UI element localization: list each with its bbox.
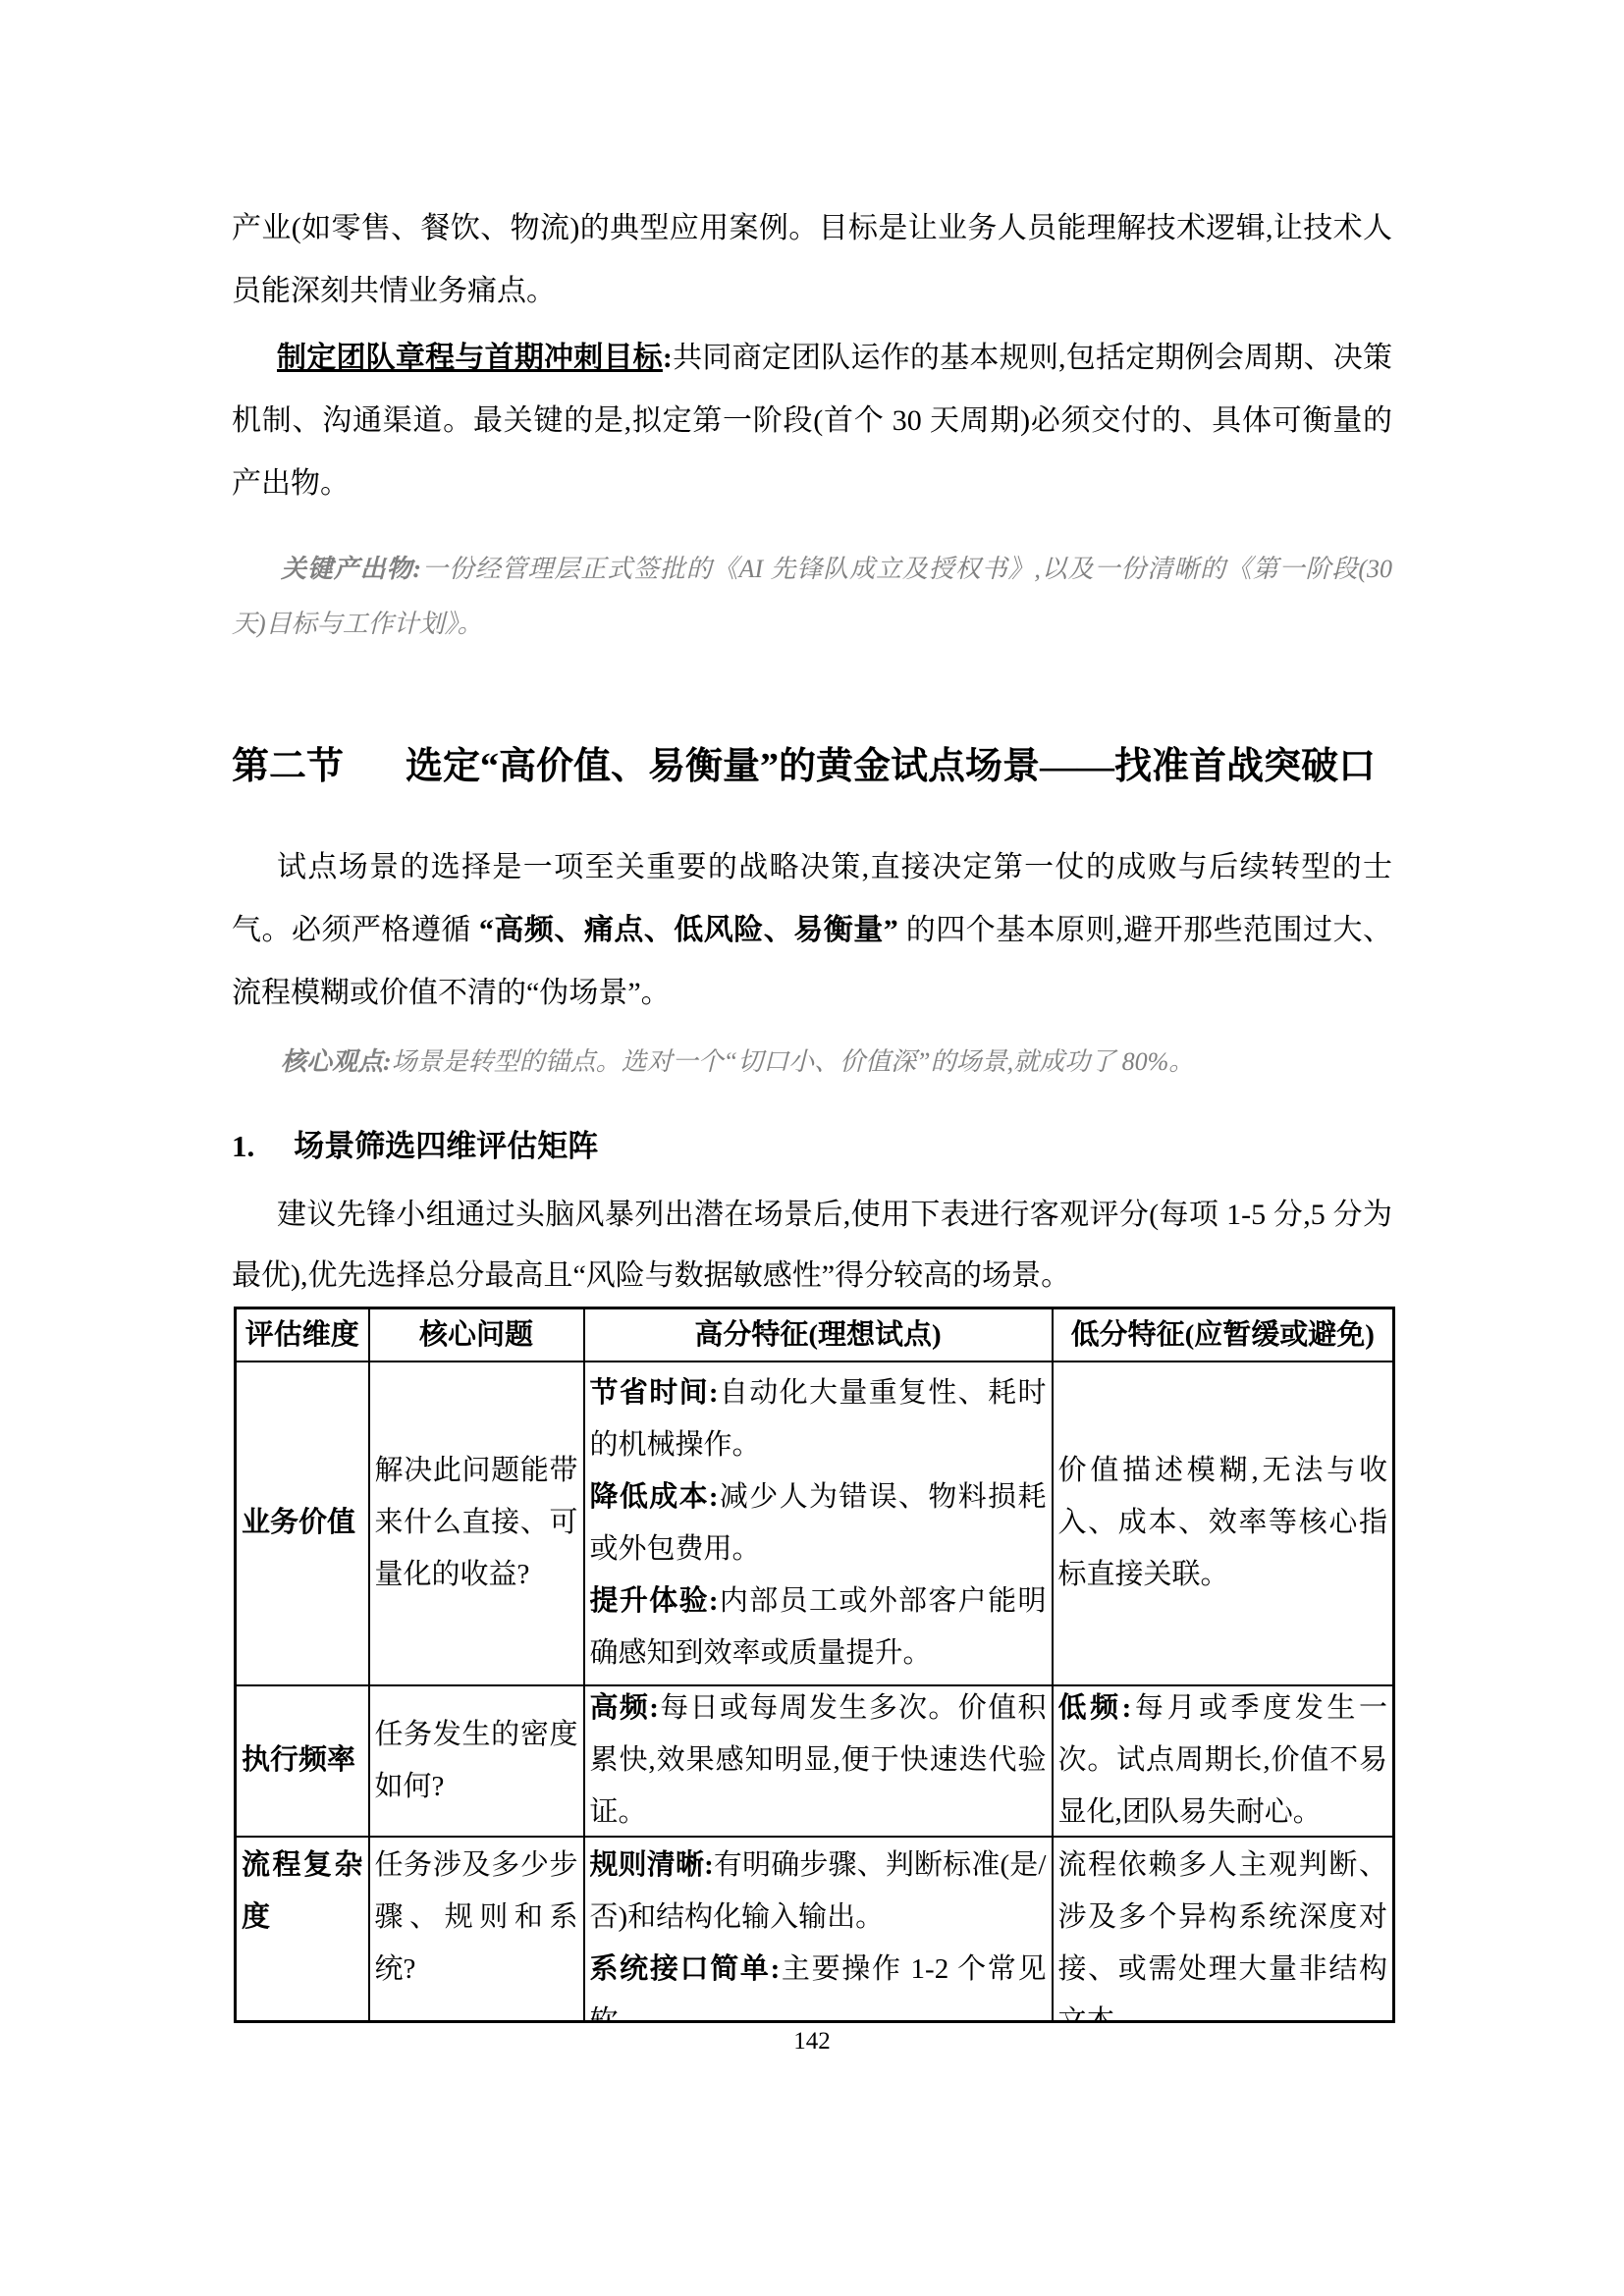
table-row-business-value: 业务价值 解决此问题能带来什么直接、可量化的收益? 节省时间:自动化大量重复性、… bbox=[236, 1362, 1394, 1685]
cell-dimension: 业务价值 bbox=[236, 1362, 369, 1685]
header-question: 核心问题 bbox=[369, 1308, 584, 1362]
paragraph-pilot-scene: 试点场景的选择是一项至关重要的战略决策,直接决定第一仗的成败与后续转型的士气。必… bbox=[232, 836, 1392, 1025]
page-number: 142 bbox=[232, 2025, 1392, 2058]
feature-item: 降低成本:减少人为错误、物料损耗或外包费用。 bbox=[590, 1471, 1047, 1575]
feature-text: 流程依赖多人主观判断、涉及多个异构系统深度对接、或需处理大量非结构文本 bbox=[1058, 1849, 1388, 2020]
sub-heading-title: 场景筛选四维评估矩阵 bbox=[294, 1129, 598, 1163]
feature-label: 低频: bbox=[1058, 1692, 1132, 1724]
feature-text: 价值描述模糊,无法与收入、成本、效率等核心指标直接关联。 bbox=[1058, 1455, 1388, 1590]
cell-question: 任务发生的密度如何? bbox=[369, 1685, 584, 1837]
cell-high-features: 高频:每日或每周发生多次。价值积累快,效果感知明显,便于快速迭代验证。 bbox=[584, 1685, 1053, 1837]
cell-question: 任务涉及多少步骤、规则和系统? bbox=[369, 1837, 584, 2022]
question-text: 任务涉及多少步骤、规则和系统? bbox=[375, 1840, 578, 1996]
bold-underlined-lead: 制定团队章程与首期冲刺目标 bbox=[277, 342, 663, 374]
feature-label: 提升体验: bbox=[590, 1585, 719, 1617]
feature-item: 节省时间:自动化大量重复性、耗时的机械操作。 bbox=[590, 1367, 1047, 1471]
paragraph-text: 建议先锋小组通过头脑风暴列出潜在场景后,使用下表进行客观评分(每项 1-5 分,… bbox=[232, 1199, 1392, 1292]
paragraph-scoring-intro: 建议先锋小组通过头脑风暴列出潜在场景后,使用下表进行客观评分(每项 1-5 分,… bbox=[232, 1185, 1392, 1307]
cell-low-features: 低频:每月或季度发生一次。试点周期长,价值不易显化,团队易失耐心。 bbox=[1053, 1685, 1394, 1837]
feature-label: 降低成本: bbox=[590, 1481, 719, 1513]
dimension-label: 流程复杂度 bbox=[242, 1840, 363, 1944]
paragraph-continuation: 产业(如零售、餐饮、物流)的典型应用案例。目标是让业务人员能理解技术逻辑,让技术… bbox=[232, 197, 1392, 323]
feature-item: 低频:每月或季度发生一次。试点周期长,价值不易显化,团队易失耐心。 bbox=[1058, 1686, 1388, 1836]
header-high-score: 高分特征(理想试点) bbox=[584, 1308, 1053, 1362]
feature-item: 价值描述模糊,无法与收入、成本、效率等核心指标直接关联。 bbox=[1058, 1445, 1388, 1601]
table-row-process-complexity: 流程复杂度 任务涉及多少步骤、规则和系统? 规则清晰:有明确步骤、判断标准(是/… bbox=[236, 1837, 1394, 2022]
feature-item: 规则清晰:有明确步骤、判断标准(是/否)和结构化输入输出。 bbox=[590, 1840, 1047, 1944]
cell-dimension: 执行频率 bbox=[236, 1685, 369, 1837]
section-title: 选定“高价值、易衡量”的黄金试点场景——找准首战突破口 bbox=[406, 746, 1376, 787]
cell-question: 解决此问题能带来什么直接、可量化的收益? bbox=[369, 1362, 584, 1685]
sub-heading: 1.场景筛选四维评估矩阵 bbox=[232, 1115, 1392, 1178]
table-row-frequency: 执行频率 任务发生的密度如何? 高频:每日或每周发生多次。价值积累快,效果感知明… bbox=[236, 1685, 1394, 1837]
question-text: 解决此问题能带来什么直接、可量化的收益? bbox=[375, 1445, 578, 1601]
section-heading: 第二节选定“高价值、易衡量”的黄金试点场景——找准首战突破口 bbox=[232, 724, 1392, 809]
feature-label: 规则清晰: bbox=[590, 1849, 714, 1881]
section-number: 第二节 bbox=[232, 746, 344, 787]
bold-principles: “高频、痛点、低风险、易衡量” bbox=[479, 914, 898, 946]
sub-heading-number: 1. bbox=[232, 1129, 254, 1163]
header-low-score: 低分特征(应暂缓或避免) bbox=[1053, 1308, 1394, 1362]
feature-item: 提升体验:内部员工或外部客户能明确感知到效率或质量提升。 bbox=[590, 1575, 1047, 1680]
cell-low-features: 流程依赖多人主观判断、涉及多个异构系统深度对接、或需处理大量非结构文本 bbox=[1053, 1837, 1394, 2022]
note-core-viewpoint: 核心观点:场景是转型的锚点。选对一个“切口小、价值深”的场景,就成功了 80%。 bbox=[232, 1035, 1392, 1090]
feature-item: 流程依赖多人主观判断、涉及多个异构系统深度对接、或需处理大量非结构文本 bbox=[1058, 1840, 1388, 2020]
table-header-row: 评估维度 核心问题 高分特征(理想试点) 低分特征(应暂缓或避免) bbox=[236, 1308, 1394, 1362]
cell-high-features: 规则清晰:有明确步骤、判断标准(是/否)和结构化输入输出。 系统接口简单:主要操… bbox=[584, 1837, 1053, 2022]
evaluation-matrix-table: 评估维度 核心问题 高分特征(理想试点) 低分特征(应暂缓或避免) 业务价值 解… bbox=[234, 1307, 1395, 2023]
cell-high-features: 节省时间:自动化大量重复性、耗时的机械操作。 降低成本:减少人为错误、物料损耗或… bbox=[584, 1362, 1053, 1685]
dimension-label: 执行频率 bbox=[242, 1735, 363, 1787]
feature-label: 系统接口简单: bbox=[590, 1953, 781, 1985]
feature-text: 每日或每周发生多次。价值积累快,效果感知明显,便于快速迭代验证。 bbox=[590, 1692, 1047, 1828]
document-page: 产业(如零售、餐饮、物流)的典型应用案例。目标是让业务人员能理解技术逻辑,让技术… bbox=[0, 0, 1624, 2296]
note-text: 场景是转型的锚点。选对一个“切口小、价值深”的场景,就成功了 80%。 bbox=[392, 1047, 1195, 1076]
feature-label: 节省时间: bbox=[590, 1377, 719, 1409]
bold-colon: : bbox=[663, 342, 673, 374]
note-lead: 核心观点: bbox=[281, 1047, 392, 1076]
paragraph-text: 产业(如零售、餐饮、物流)的典型应用案例。目标是让业务人员能理解技术逻辑,让技术… bbox=[232, 212, 1392, 307]
feature-label: 高频: bbox=[590, 1692, 659, 1724]
feature-item: 高频:每日或每周发生多次。价值积累快,效果感知明显,便于快速迭代验证。 bbox=[590, 1686, 1047, 1836]
paragraph-team-charter: 制定团队章程与首期冲刺目标:共同商定团队运作的基本规则,包括定期例会周期、决策机… bbox=[232, 327, 1392, 515]
note-lead: 关键产出物: bbox=[281, 555, 421, 583]
cell-low-features: 价值描述模糊,无法与收入、成本、效率等核心指标直接关联。 bbox=[1053, 1362, 1394, 1685]
cell-dimension: 流程复杂度 bbox=[236, 1837, 369, 2022]
feature-item: 系统接口简单:主要操作 1-2 个常见软 bbox=[590, 1944, 1047, 2020]
question-text: 任务发生的密度如何? bbox=[375, 1709, 578, 1813]
header-dimension: 评估维度 bbox=[236, 1308, 369, 1362]
note-key-deliverables: 关键产出物:一份经管理层正式签批的《AI 先锋队成立及授权书》,以及一份清晰的《… bbox=[232, 542, 1392, 652]
dimension-label: 业务价值 bbox=[242, 1497, 363, 1549]
